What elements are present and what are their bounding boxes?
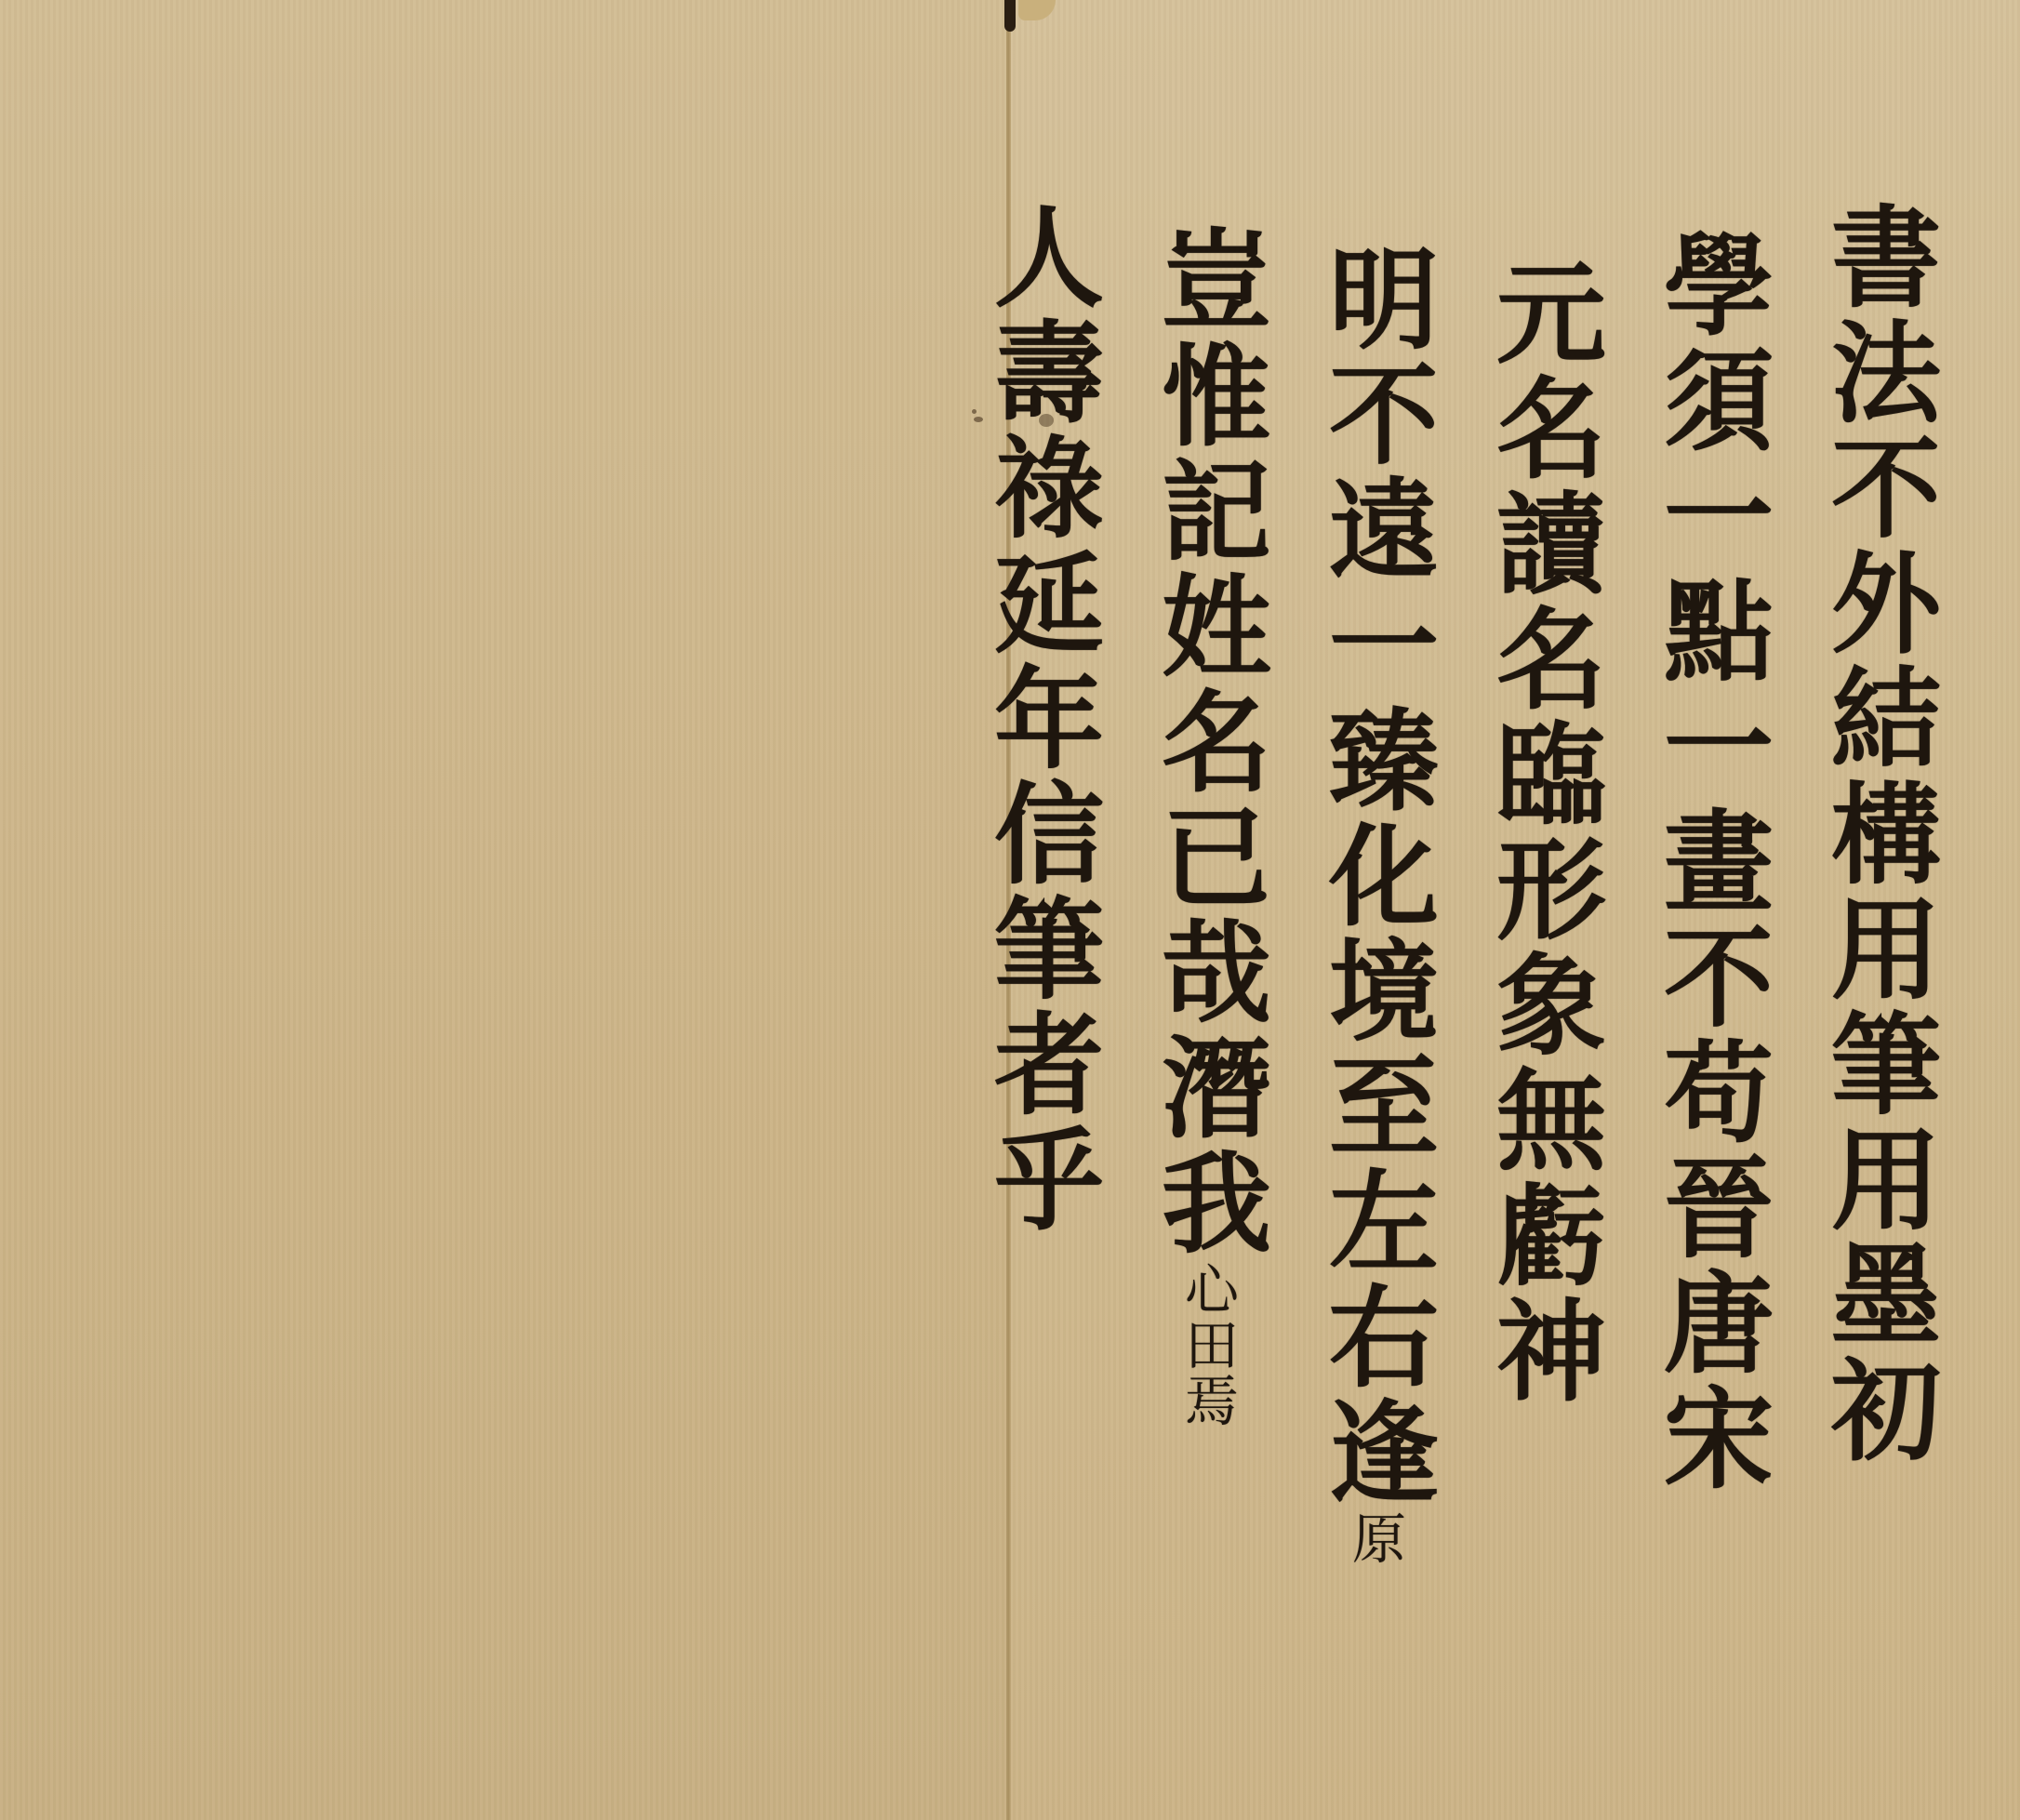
- text-column: 學須一點一畫不苟晉唐宋: [1634, 228, 1764, 1566]
- text-column: 書法不外結構用筆用墨初: [1801, 200, 1932, 1566]
- album-spread: 書法不外結構用筆用墨初 學須一點一畫不苟晉唐宋 元名讀名臨形象無虧神 明不遠一臻…: [0, 0, 2020, 1820]
- left-page: [0, 0, 1007, 1820]
- text-column: 豈惟記姓名已哉潛我心田焉: [1132, 223, 1262, 1566]
- text-column: 明不遠一臻化境至左右逢原: [1299, 242, 1429, 1566]
- text-column: 元名讀名臨形象無虧神: [1467, 256, 1597, 1566]
- interlinear-small-text: 心田焉: [1176, 1261, 1239, 1428]
- calligraphy-text: 書法不外結構用筆用墨初 學須一點一畫不苟晉唐宋 元名讀名臨形象無虧神 明不遠一臻…: [964, 200, 1932, 1566]
- fold-top-tear: [1004, 0, 1016, 32]
- text-column: 人壽祿延年信筆者乎: [964, 200, 1095, 1566]
- interlinear-small-text: 原: [1343, 1510, 1406, 1566]
